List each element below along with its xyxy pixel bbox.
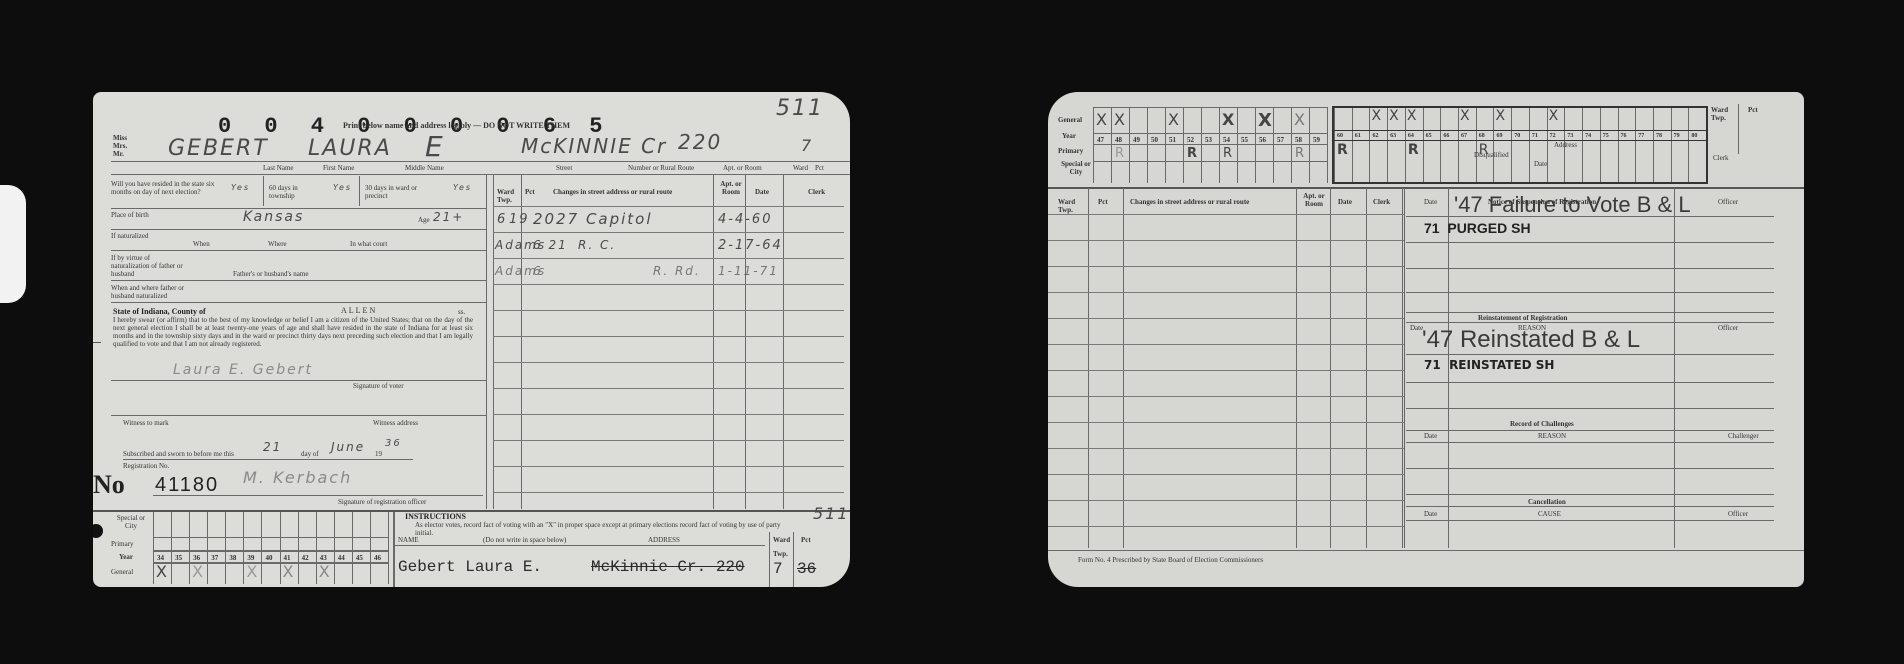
back-vote-grid-right: 60R 61 X62 X63 X64R 65 66 X67 68R X69 70… <box>1332 106 1708 184</box>
col-clerk: Clerk <box>808 188 825 196</box>
sworn-label: Subscribed and sworn to before me this <box>123 450 234 458</box>
instr-ward-label: Ward <box>773 536 790 544</box>
challenges-reason-label: REASON <box>1538 432 1566 440</box>
q-ward: 30 days in ward or precinct <box>365 184 435 200</box>
label-pct: Pct <box>815 164 824 172</box>
officer-signature-label: Signature of registration officer <box>338 498 426 506</box>
suspension-officer-label: Officer <box>1718 198 1738 206</box>
challenges-date-label: Date <box>1424 432 1437 440</box>
grid-label-general: General <box>111 568 133 576</box>
back-col-pct: Pct <box>1098 198 1108 206</box>
typed-pct: 36 <box>797 560 816 578</box>
back-vote-grid-left: X47 X48R 49 50 X51 52R 53 X54R 55 X56 57… <box>1093 107 1328 182</box>
back-col-date: Date <box>1338 198 1352 206</box>
birth-place: Kansas <box>243 209 304 225</box>
back-label-special: Special or City <box>1058 160 1094 176</box>
back-grid-disqualified-label: Disqualified <box>1474 151 1509 159</box>
label-street: Street <box>556 164 572 172</box>
sworn-year: 36 <box>385 438 402 449</box>
county: ALLEN <box>341 306 377 315</box>
col-changes: Changes in street address or rural route <box>553 188 672 196</box>
challenges-challenger-label: Challenger <box>1728 432 1759 440</box>
street-number: 220 <box>678 130 722 154</box>
scan-edge-tab <box>0 185 26 303</box>
instr-twp-label: Twp. <box>773 550 788 558</box>
registration-label: Registration No. <box>123 462 169 470</box>
instr-address-label: ADDRESS <box>648 536 680 544</box>
witness-mark-label: Witness to mark <box>123 419 169 427</box>
a-ward: Yes <box>453 184 472 192</box>
back-col-changes: Changes in street address or rural route <box>1130 198 1249 206</box>
suspension-date-label: Date <box>1424 198 1437 206</box>
label-ward: Ward <box>793 164 808 172</box>
sworn-month: June <box>331 440 365 454</box>
label-first-name: First Name <box>323 164 354 172</box>
title-prefix: Miss Mrs. Mr. <box>113 134 127 158</box>
col-date: Date <box>755 188 769 196</box>
label-last-name: Last Name <box>263 164 294 172</box>
q-township: 60 days in township <box>269 184 324 200</box>
suspension-entry: 71 PURGED SH <box>1424 220 1531 236</box>
suspension-entry: '47 Failure to Vote B & L <box>1454 192 1691 218</box>
a-state-residence: Yes <box>231 184 250 192</box>
registration-card-front: 0 0 4 0 0 0 0 6 5 Print below name and a… <box>93 92 850 587</box>
cancellation-officer-label: Officer <box>1728 510 1748 518</box>
registration-card-back: General Year Primary Special or City X47… <box>1048 92 1804 587</box>
back-label-year: Year <box>1062 132 1076 140</box>
sworn-day-label: day of <box>301 450 319 458</box>
back-col-clerk: Clerk <box>1373 198 1390 206</box>
challenges-heading: Record of Challenges <box>1510 420 1574 428</box>
margin-note: 511 <box>813 504 850 523</box>
typed-name: Gebert Laura E. <box>398 558 542 576</box>
header-instruction: Print below name and address legibly — D… <box>343 122 570 130</box>
cancellation-heading: Cancellation <box>1528 498 1566 506</box>
q-state-residence: Will you have resided in the state six m… <box>111 180 221 196</box>
back-clerk-label: Clerk <box>1713 154 1729 162</box>
corner-note: 511 <box>776 96 824 121</box>
first-name: LAURA <box>308 136 392 161</box>
punch-hole-icon <box>93 524 103 538</box>
a-township: Yes <box>333 184 352 192</box>
reinstatement-entry: 71 REINSTATED SH <box>1424 358 1554 372</box>
witness-address-label: Witness address <box>373 419 418 427</box>
father-naturalized: When and where father or husband natural… <box>111 284 206 300</box>
oath-text: I hereby swear (or affirm) that to the b… <box>113 316 473 348</box>
registration-no-symbol: No <box>93 470 125 500</box>
label-middle-name: Middle Name <box>405 164 444 172</box>
birth-label: Place of birth <box>111 211 161 219</box>
oath-heading: State of Indiana, County of <box>113 307 206 316</box>
back-pct-label: Pct <box>1748 106 1758 114</box>
street-address: McKINNIE Cr <box>521 134 667 158</box>
instructions-text: As elector votes, record fact of voting … <box>415 521 785 537</box>
back-grid-address-label: Address <box>1554 141 1577 149</box>
naturalized-label: If naturalized <box>111 232 161 240</box>
sworn-day: 21 <box>263 440 282 454</box>
oath-ss: ss. <box>458 308 465 316</box>
voter-signature-label: Signature of voter <box>353 382 404 390</box>
naturalized-where: Where <box>268 240 287 248</box>
typed-ward: 7 <box>773 560 783 578</box>
col-ward: Ward Twp. <box>497 188 521 204</box>
front-vote-grid: 34X 35 36X 37 38 39X 40 41X 42 43X 44 45… <box>153 512 389 584</box>
sworn-year-prefix: 19 <box>375 450 382 458</box>
middle-name: E <box>425 130 445 163</box>
instructions-heading: INSTRUCTIONS <box>405 512 466 521</box>
back-label-primary: Primary <box>1058 147 1083 155</box>
reinstatement-officer-label: Officer <box>1718 324 1738 332</box>
col-pct: Pct <box>525 188 535 196</box>
naturalized-when: When <box>193 240 210 248</box>
grid-label-year: Year <box>119 553 133 561</box>
reinstatement-heading: Reinstatement of Registration <box>1478 314 1567 322</box>
instr-pct-label: Pct <box>801 536 811 544</box>
label-apt: Apt. or Room <box>723 164 762 172</box>
cancellation-date-label: Date <box>1424 510 1437 518</box>
reinstatement-entry: '47 Reinstated B & L <box>1422 326 1640 354</box>
back-ward-label: Ward Twp. <box>1711 106 1735 122</box>
cancellation-cause-label: CAUSE <box>1538 510 1561 518</box>
naturalized-court: In what court <box>350 240 387 248</box>
instr-name-label: NAME <box>398 536 419 544</box>
grid-label-special: Special or City <box>111 514 151 530</box>
back-grid-date-label: Date <box>1534 160 1547 168</box>
father-name-label: Father's or husband's name <box>233 270 308 278</box>
typed-address: McKinnie Cr. 220 <box>591 558 745 576</box>
back-label-general: General <box>1058 116 1082 124</box>
age-value: 21+ <box>433 210 464 224</box>
last-name: GEBERT <box>168 136 269 161</box>
officer-signature: M. Kerbach <box>243 468 352 487</box>
registration-number: 41180 <box>155 474 219 497</box>
label-number: Number or Rural Route <box>628 164 694 172</box>
col-apt: Apt. or Room <box>717 180 745 196</box>
voter-signature: Laura E. Gebert <box>173 362 313 378</box>
back-col-apt: Apt. or Room <box>1298 192 1330 208</box>
age-label: Age <box>418 216 430 224</box>
father-label: If by virtue of naturalization of father… <box>111 254 186 278</box>
ward-value: 7 <box>801 136 813 155</box>
form-footer: Form No. 4 Prescribed by State Board of … <box>1078 556 1263 564</box>
back-col-ward: Ward Twp. <box>1058 198 1086 214</box>
grid-label-primary: Primary <box>111 540 134 548</box>
instr-do-not-write: (Do not write in space below) <box>483 536 566 544</box>
